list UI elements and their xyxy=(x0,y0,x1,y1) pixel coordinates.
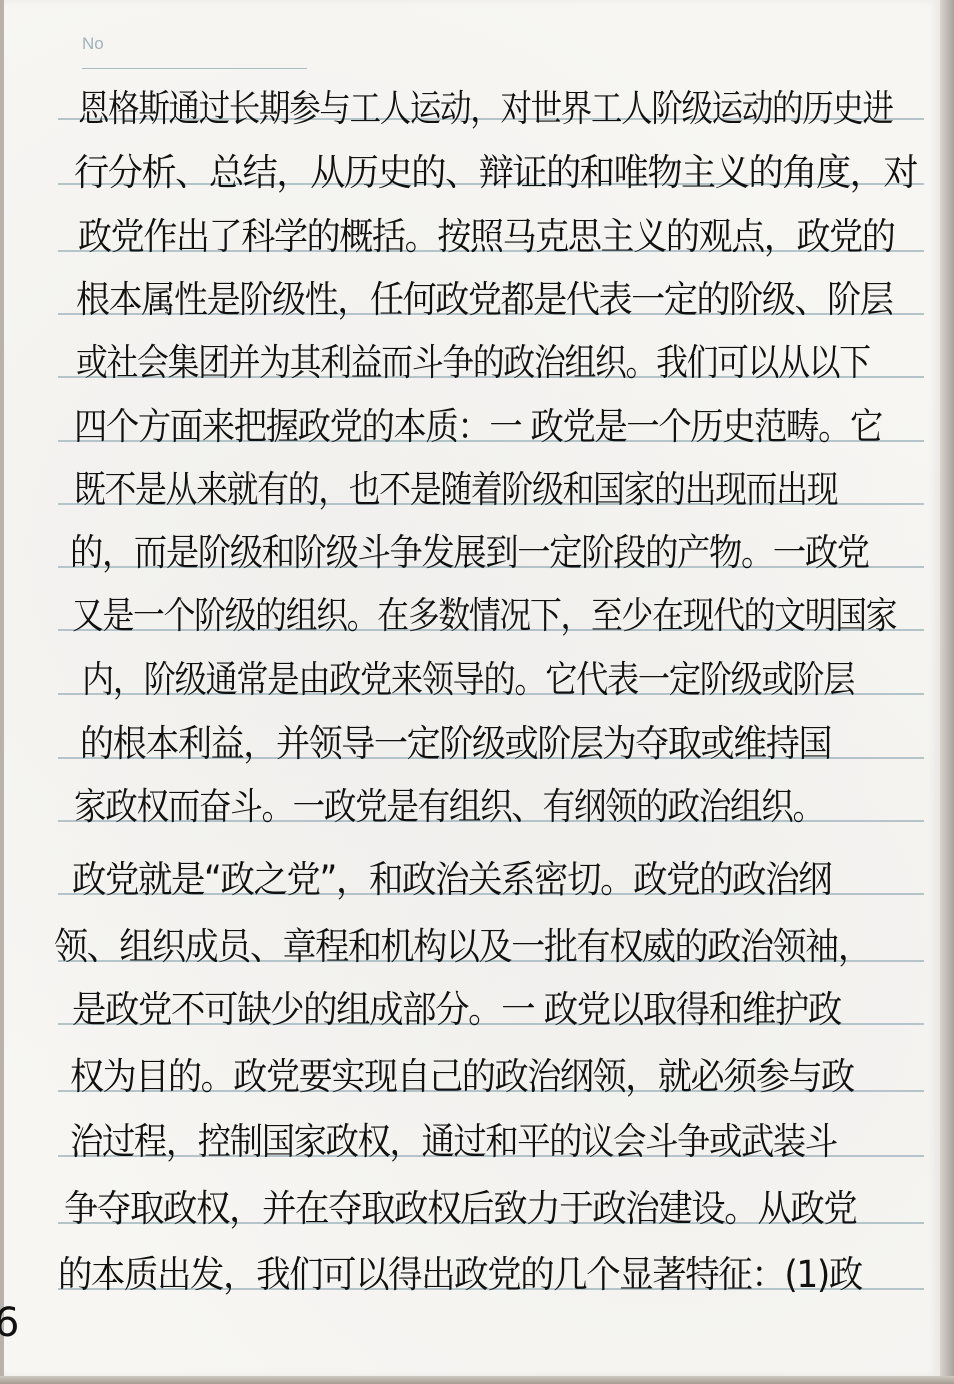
text-line-4: 根本属性是阶级性，任何政党都是代表一定的阶级、阶层 xyxy=(76,259,954,323)
text-line-10: 内，阶级通常是由政党来领导的。它代表一定阶级或阶层 xyxy=(82,639,954,703)
text-line-16: 权为目的。政党要实现自己的政治纲领，就必须参与政 xyxy=(70,1036,922,1100)
text-line-13: 政党就是“政之党”，和政治关系密切。政党的政治纲 xyxy=(72,839,888,903)
text-line-15: 是政党不可缺少的组成部分。一 政党以取得和维护政 xyxy=(72,969,899,1033)
handwritten-text-body: 恩格斯通过长期参与工人运动，对世界工人阶级运动的历史进 行分析、总结，从历史的、… xyxy=(0,0,954,1384)
handwritten-line: 政党作出了科学的概括。按照马克思主义的观点，政党的 xyxy=(78,214,895,260)
text-line-2: 行分析、总结，从历史的、辩证的和唯物主义的角度，对 xyxy=(74,132,954,196)
handwritten-line: 的本质出发，我们可以得出政党的几个显著特征：(1)政 xyxy=(58,1252,862,1298)
text-line-9: 又是一个阶级的组织。在多数情况下，至少在现代的文明国家 xyxy=(72,575,954,639)
handwritten-line: 又是一个阶级的组织。在多数情况下，至少在现代的文明国家 xyxy=(72,593,896,639)
text-line-18: 争夺取政权，并在夺取政权后致力于政治建设。从政党 xyxy=(64,1168,916,1232)
handwritten-line: 争夺取政权，并在夺取政权后致力于政治建设。从政党 xyxy=(64,1186,856,1232)
text-line-12: 家政权而奋斗。一政党是有组织、有纲领的政治组织。 xyxy=(74,766,926,830)
text-line-7: 既不是从来就有的，也不是随着阶级和国家的出现而出现 xyxy=(74,449,954,513)
handwritten-line: 既不是从来就有的，也不是随着阶级和国家的出现而出现 xyxy=(74,467,837,513)
handwritten-line: 治过程，控制国家政权，通过和平的议会斗争或武装斗 xyxy=(70,1119,837,1165)
handwritten-line: 四个方面来把握政党的本质：一 政党是一个历史范畴。它 xyxy=(74,404,882,450)
handwritten-line: 政党就是“政之党”，和政治关系密切。政党的政治纲 xyxy=(72,857,831,903)
handwritten-line: 的，而是阶级和阶级斗争发展到一定阶段的产物。一政党 xyxy=(70,530,869,576)
text-line-6: 四个方面来把握政党的本质：一 政党是一个历史范畴。它 xyxy=(74,386,954,450)
handwritten-line: 是政党不可缺少的组成部分。一 政党以取得和维护政 xyxy=(72,987,841,1033)
handwritten-line: 或社会集团并为其利益而斗争的政治组织。我们可以从以下 xyxy=(76,340,870,386)
text-line-14: 领、组织成员、章程和机构以及一批有权威的政治领袖， xyxy=(54,906,942,970)
text-line-11: 的根本利益，并领导一定阶级或阶层为夺取或维持国 xyxy=(80,703,897,767)
handwritten-line: 的根本利益，并领导一定阶级或阶层为夺取或维持国 xyxy=(80,721,831,767)
handwritten-line: 权为目的。政党要实现自己的政治纲领，就必须参与政 xyxy=(70,1054,854,1100)
handwritten-line: 根本属性是阶级性，任何政党都是代表一定的阶级、阶层 xyxy=(76,277,893,323)
text-line-19: 的本质出发，我们可以得出政党的几个显著特征：(1)政 xyxy=(58,1234,922,1298)
handwritten-line: 领、组织成员、章程和机构以及一批有权威的政治领袖， xyxy=(54,924,871,970)
handwritten-line: 家政权而奋斗。一政党是有组织、有纲领的政治组织。 xyxy=(74,784,824,830)
page-number-fragment: 6 xyxy=(0,1300,19,1346)
handwritten-line: 内，阶级通常是由政党来领导的。它代表一定阶级或阶层 xyxy=(82,657,854,703)
text-line-17: 治过程，控制国家政权，通过和平的议会斗争或武装斗 xyxy=(70,1101,922,1165)
text-line-1: 恩格斯通过长期参与工人运动，对世界工人阶级运动的历史进 xyxy=(78,68,954,132)
text-line-5: 或社会集团并为其利益而斗争的政治组织。我们可以从以下 xyxy=(76,322,954,386)
text-line-8: 的，而是阶级和阶级斗争发展到一定阶段的产物。一政党 xyxy=(70,512,954,576)
handwritten-line: 行分析、总结，从历史的、辩证的和唯物主义的角度，对 xyxy=(74,150,917,196)
handwritten-line: 恩格斯通过长期参与工人运动，对世界工人阶级运动的历史进 xyxy=(78,86,893,132)
text-line-3: 政党作出了科学的概括。按照马克思主义的观点，政党的 xyxy=(78,196,954,260)
